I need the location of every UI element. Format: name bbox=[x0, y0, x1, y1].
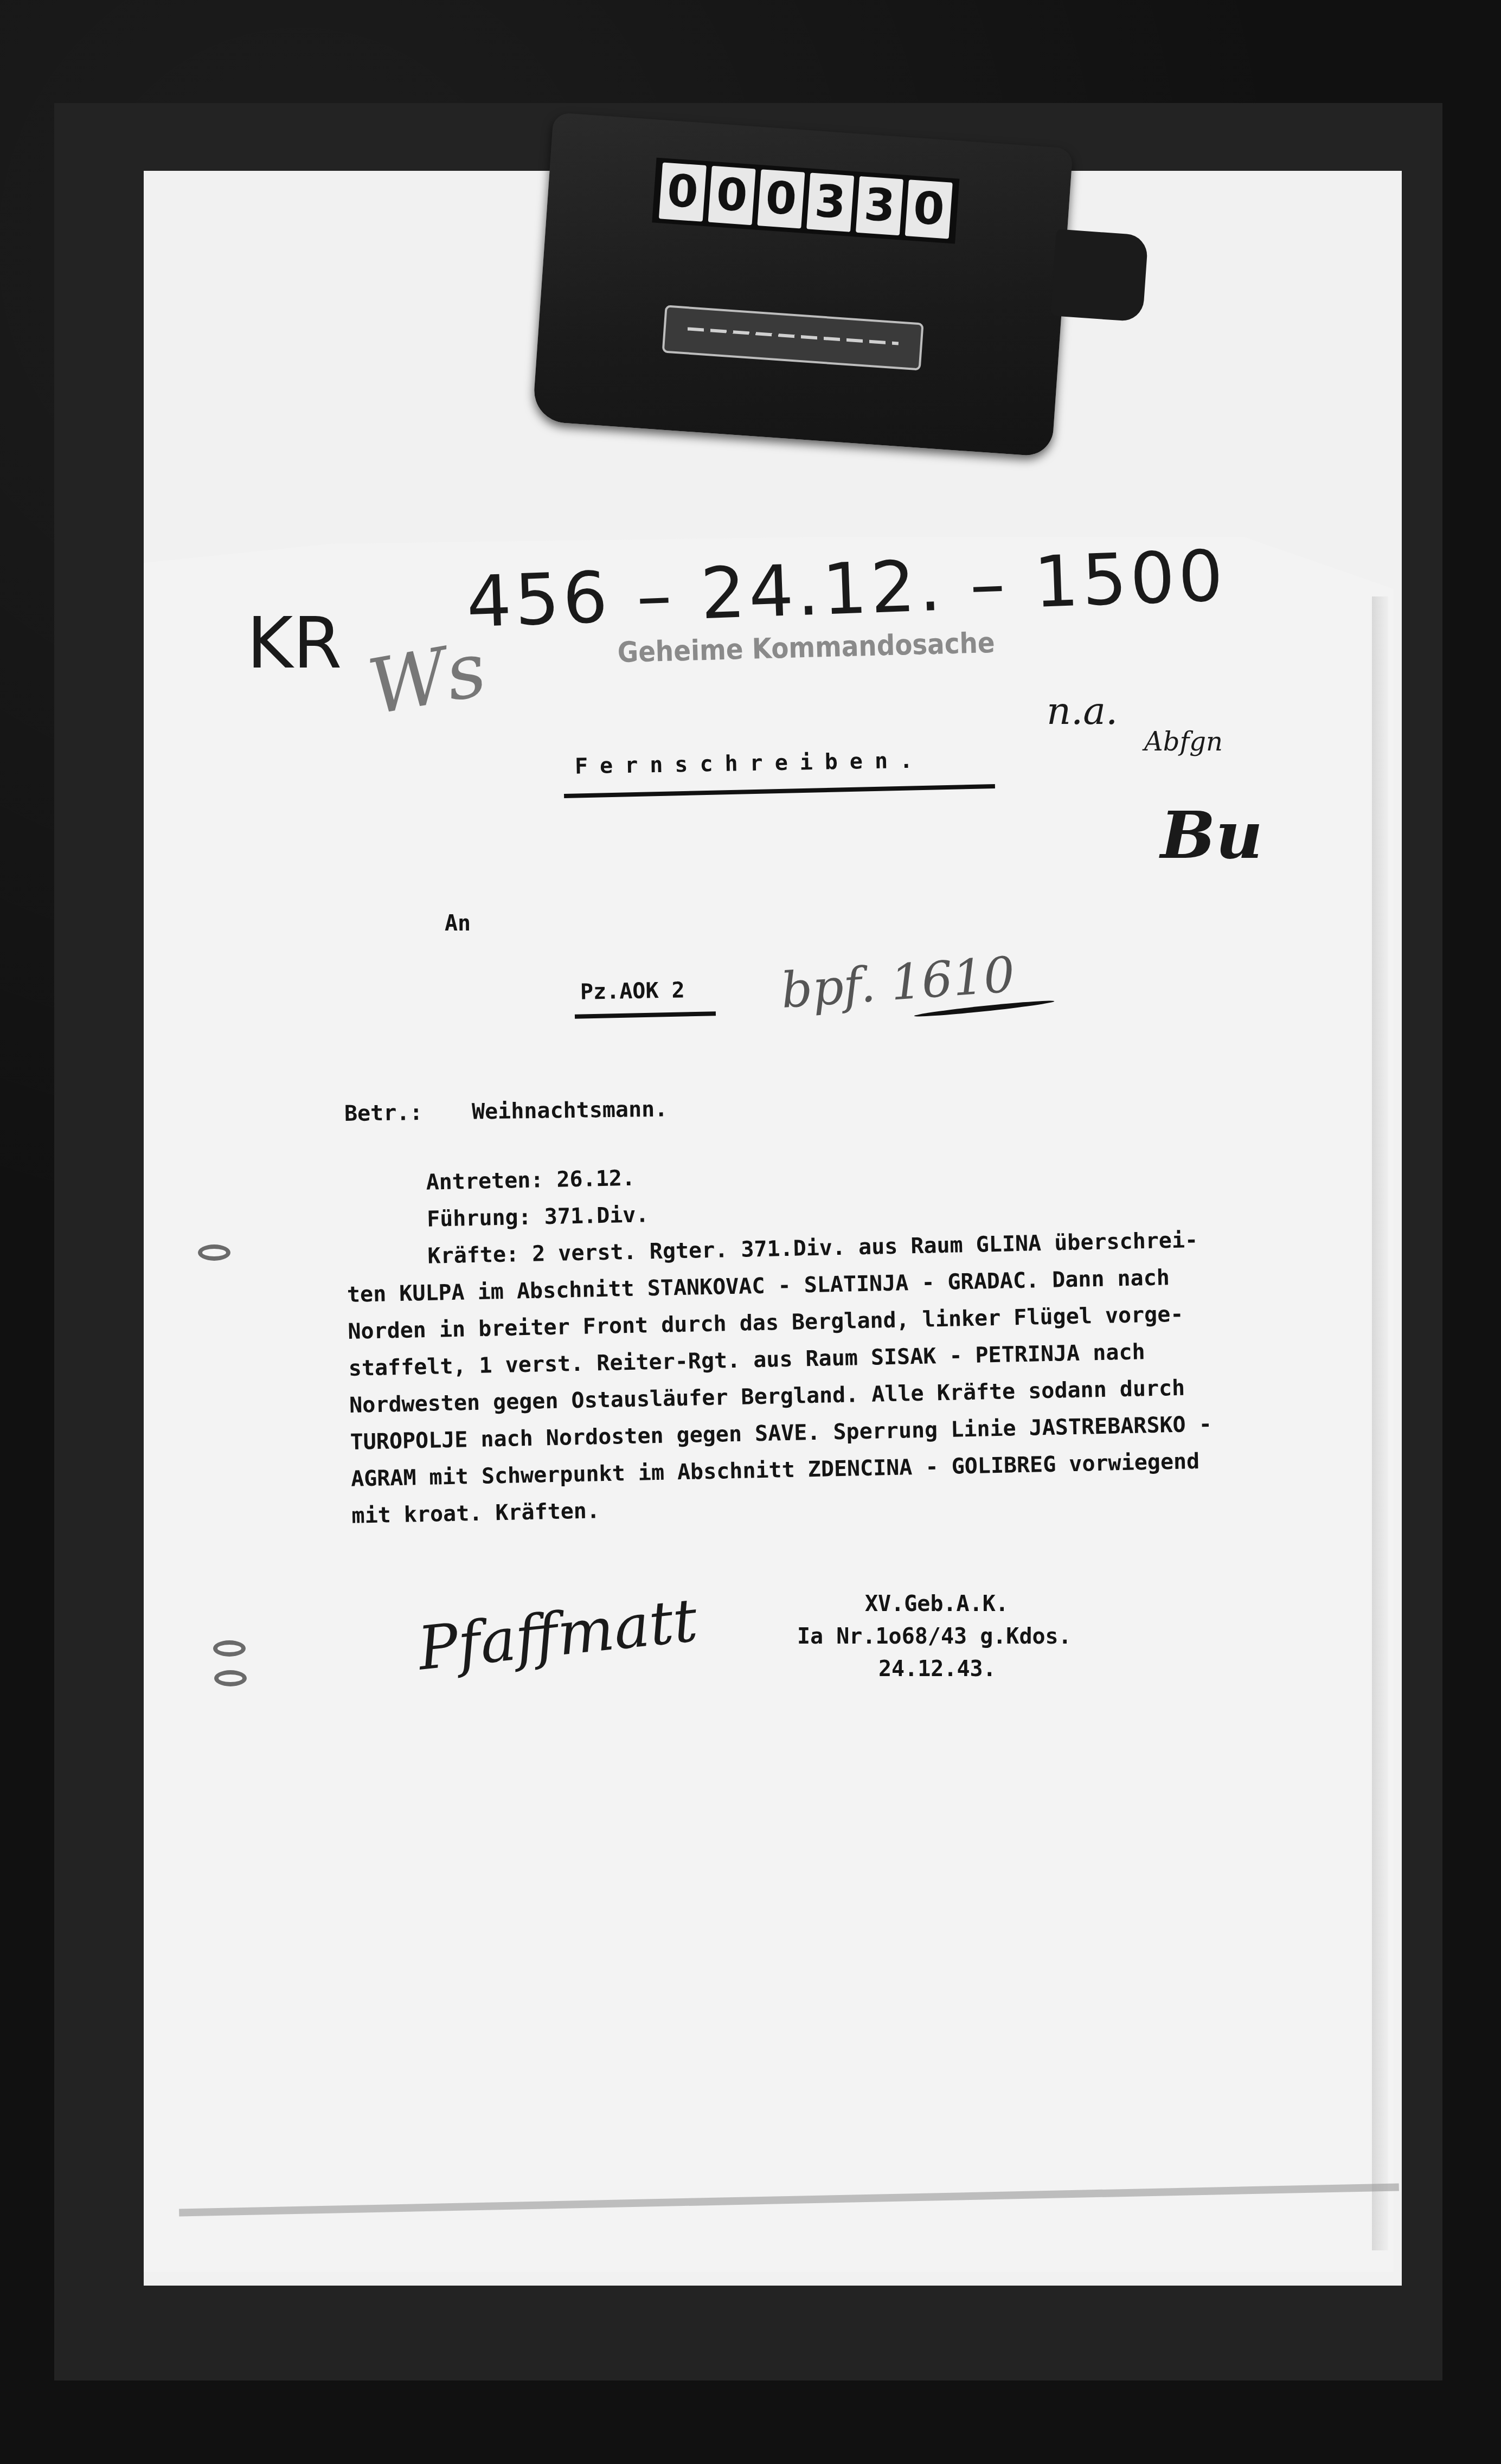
handwritten-note-abfgn: Abfgn bbox=[1144, 727, 1223, 757]
counter-digit: 0 bbox=[708, 166, 756, 225]
handwritten-initials-right: Bu bbox=[1160, 797, 1263, 874]
counter-nameplate bbox=[662, 305, 924, 370]
counter-digit: 3 bbox=[856, 176, 903, 235]
subject-label: Betr.: bbox=[344, 1100, 423, 1126]
punch-hole bbox=[213, 1640, 246, 1657]
recipient: Pz.AOK 2 bbox=[580, 978, 685, 1004]
field-label: Führung: bbox=[427, 1205, 532, 1232]
counter-digit: 0 bbox=[659, 162, 707, 221]
counter-knob bbox=[1050, 229, 1149, 322]
sender-reference: Ia Nr.1o68/43 g.Kdos. bbox=[797, 1624, 1072, 1649]
subject: Weihnachtsmann. bbox=[472, 1096, 668, 1124]
field-value: 26.12. bbox=[556, 1166, 635, 1192]
field-value: 371.Div. bbox=[544, 1202, 649, 1229]
sender-date: 24.12.43. bbox=[878, 1657, 996, 1682]
handwritten-initials-left: KR bbox=[247, 602, 342, 684]
message-body: Antreten: 26.12. Führung: 371.Div. Kräft… bbox=[344, 1144, 1382, 1535]
counter-digit: 0 bbox=[905, 179, 953, 239]
sender-unit: XV.Geb.A.K. bbox=[865, 1592, 1009, 1616]
punch-hole bbox=[214, 1670, 247, 1686]
punch-hole bbox=[198, 1244, 230, 1261]
field-label: Antreten: bbox=[426, 1167, 544, 1195]
counter-digit: 0 bbox=[757, 169, 805, 228]
frame-counter-device: 0 0 0 3 3 0 bbox=[532, 112, 1073, 457]
handwritten-note-na: n.a. bbox=[1047, 689, 1118, 733]
to-label: An bbox=[445, 911, 471, 936]
counter-display: 0 0 0 3 3 0 bbox=[652, 158, 959, 244]
counter-digit: 3 bbox=[806, 173, 854, 232]
